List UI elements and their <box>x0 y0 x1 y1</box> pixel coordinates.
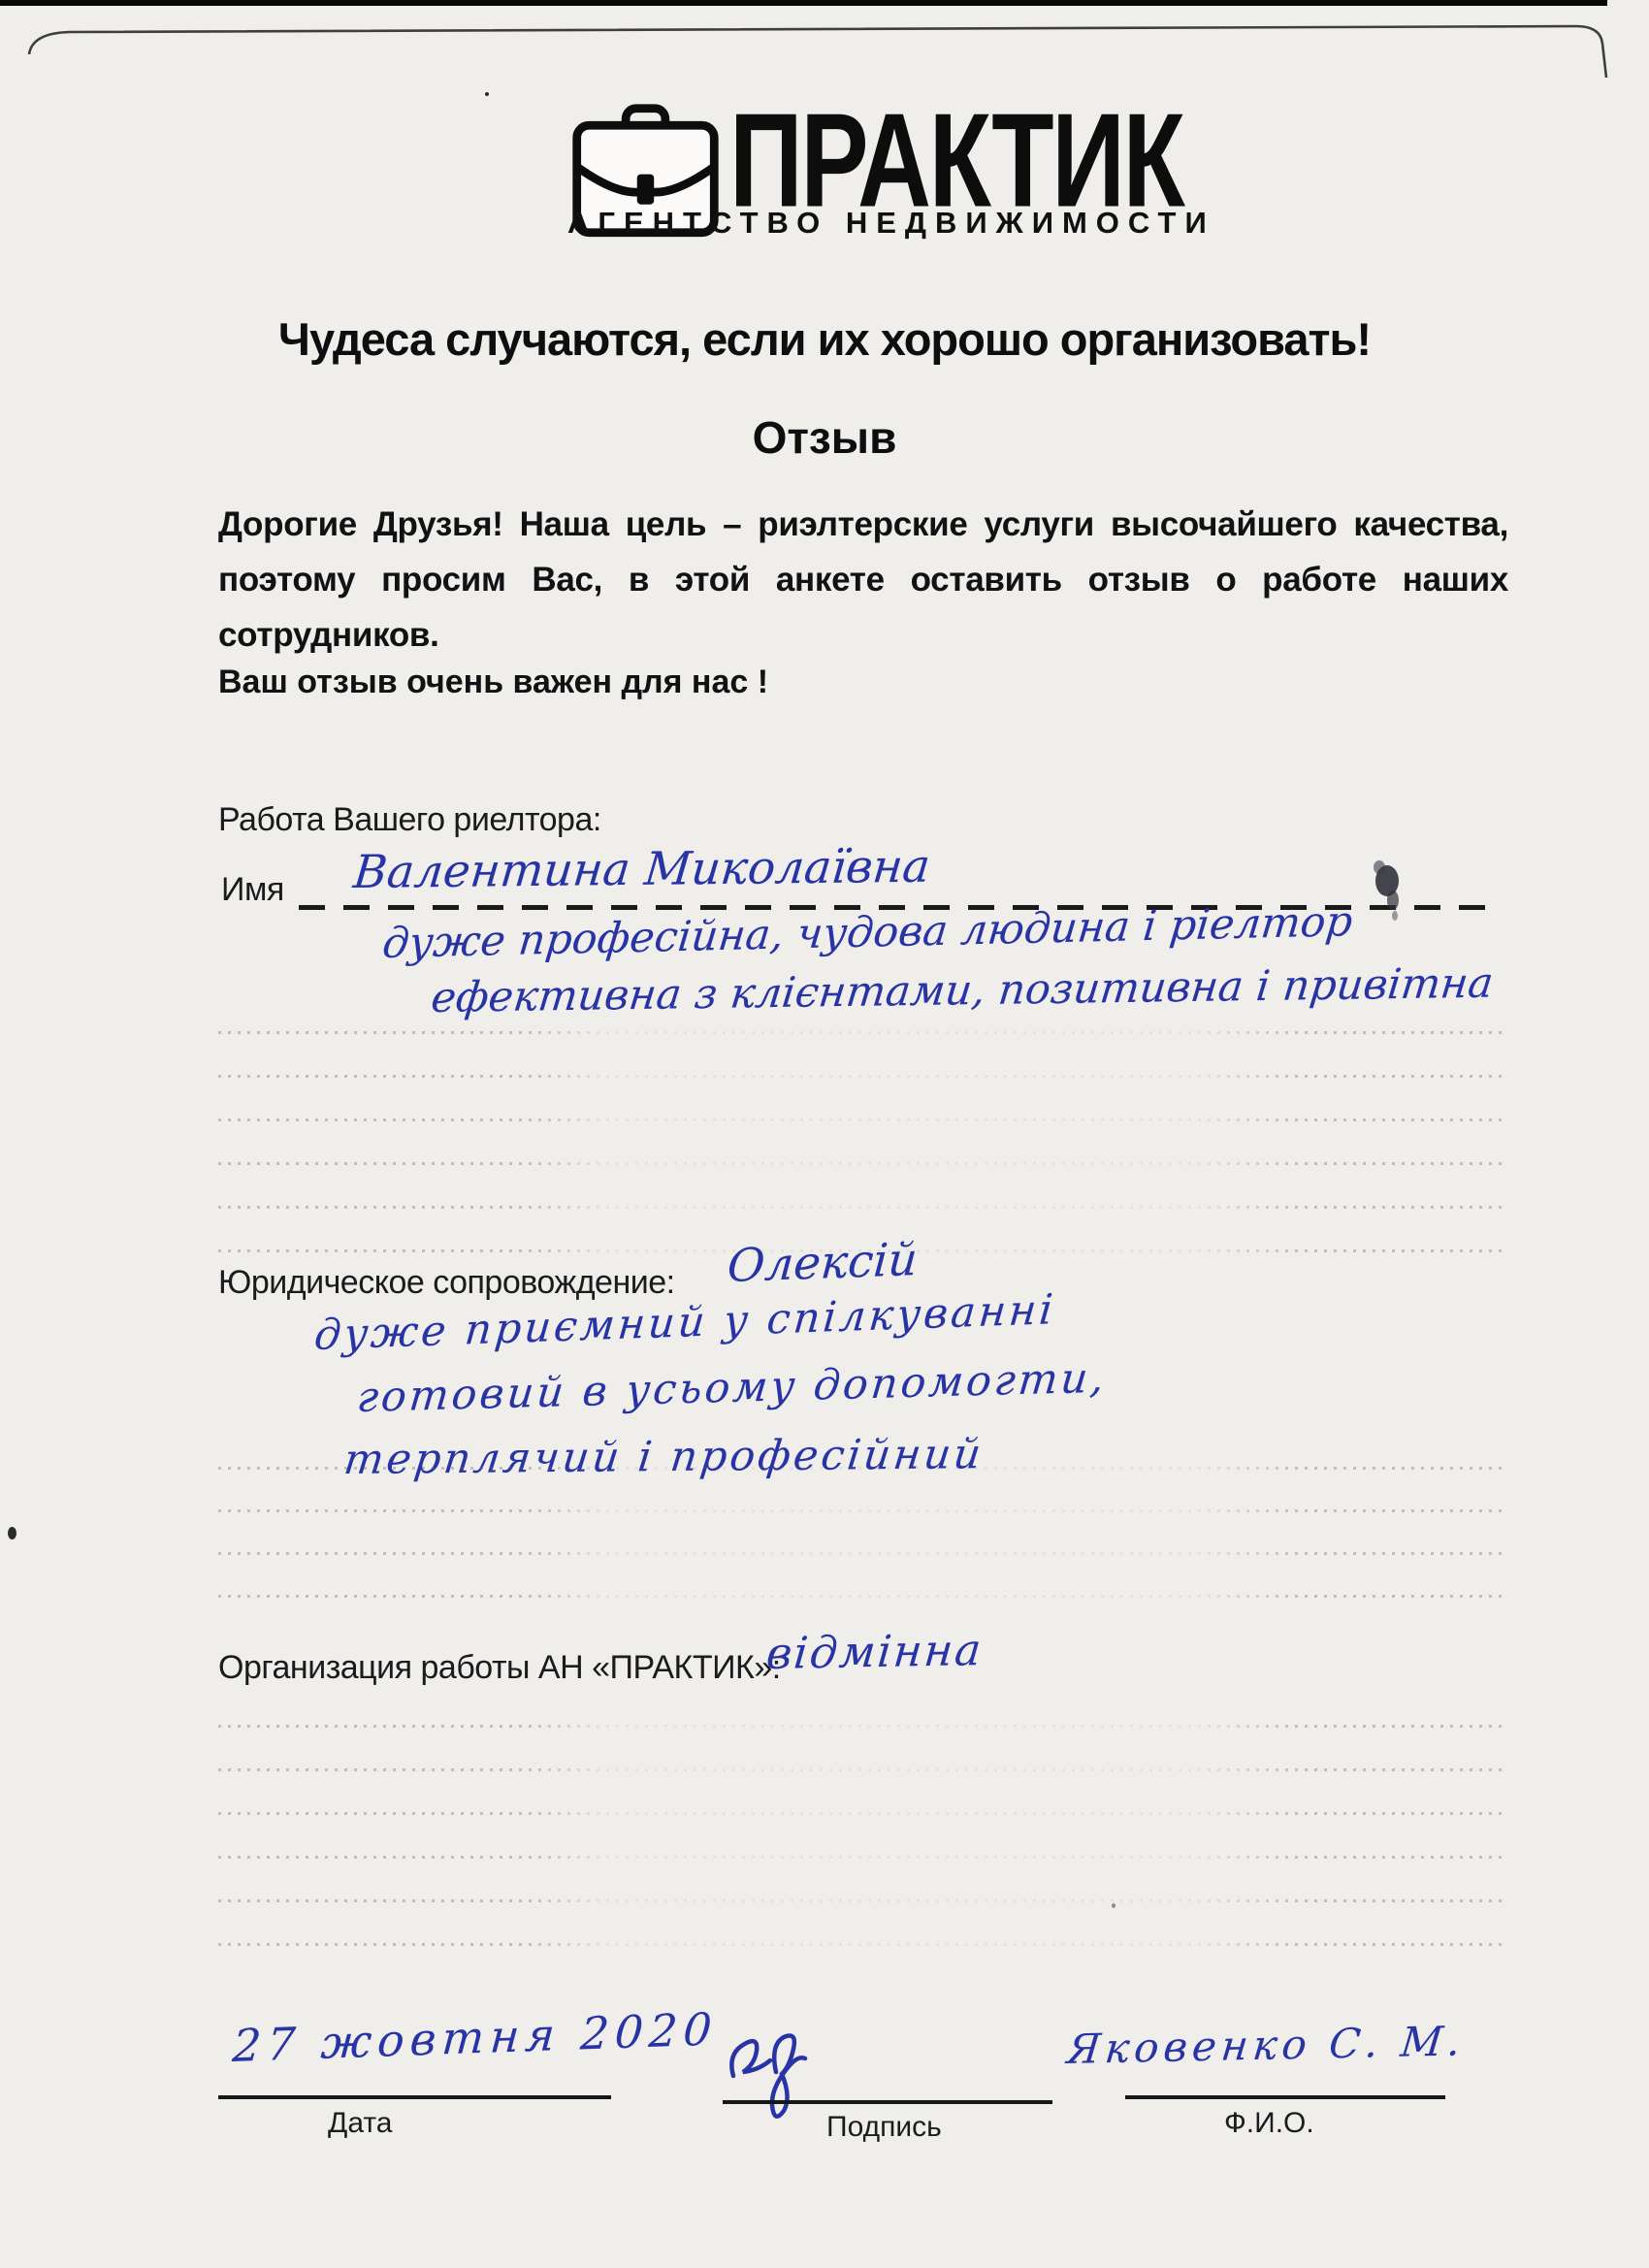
faint-ruled-line <box>218 1118 1508 1121</box>
organization-value: відмінна <box>764 1624 986 1679</box>
importance-note: Ваш отзыв очень важен для нас ! <box>218 664 768 701</box>
form-title: Отзыв <box>0 411 1649 464</box>
legal-section-label: Юридическое сопровождение: <box>218 1264 675 1302</box>
faint-ruled-line <box>218 1467 1508 1470</box>
brand-subtitle: АГЕНТСТВО НЕДВИЖИМОСТИ <box>567 206 1208 241</box>
fio-line <box>1125 2095 1445 2099</box>
name-field-label: Имя <box>221 871 284 909</box>
scan-speck <box>1112 1903 1115 1908</box>
faint-ruled-line <box>218 1812 1508 1815</box>
scanned-feedback-form: ПРАКТИК АГЕНТСТВО НЕДВИЖИМОСТИ Чудеса сл… <box>0 0 1649 2268</box>
organization-section-label: Организация работы АН «ПРАКТИК»: <box>218 1649 781 1687</box>
date-label: Дата <box>328 2107 392 2140</box>
realtor-comment-line: ефективна з клієнтами, позитивна і приві… <box>429 959 1496 1022</box>
name-field-value: Валентина Миколаївна <box>351 840 932 899</box>
fio-value: Яковенко С. М. <box>1065 2017 1468 2073</box>
legal-comment-line: терплячий і професійний <box>341 1430 986 1484</box>
scan-speck <box>485 92 489 96</box>
faint-ruled-line <box>218 1552 1508 1555</box>
faint-ruled-line <box>218 1595 1508 1598</box>
realtor-section-label: Работа Вашего риелтора: <box>218 801 601 839</box>
faint-ruled-line <box>218 1856 1508 1859</box>
legal-value: Олексій <box>726 1233 920 1293</box>
paper-edge-line <box>0 0 1649 97</box>
legal-comment-line: готовий в усьому допомогти, <box>355 1354 1109 1422</box>
scan-speck <box>8 1527 16 1539</box>
intro-paragraph: Дорогие Друзья! Наша цель – риэлтерские … <box>218 497 1508 663</box>
faint-ruled-line <box>218 1943 1508 1946</box>
faint-ruled-line <box>218 1768 1508 1771</box>
fio-label: Ф.И.О. <box>1224 2107 1314 2140</box>
faint-ruled-line <box>218 1725 1508 1728</box>
faint-ruled-line <box>218 1075 1508 1078</box>
slogan: Чудеса случаются, если их хорошо организ… <box>0 312 1649 366</box>
faint-ruled-line <box>218 1899 1508 1902</box>
faint-ruled-line <box>218 1509 1508 1512</box>
date-line <box>218 2095 611 2099</box>
faint-ruled-line <box>218 1162 1508 1165</box>
signature-label: Подпись <box>826 2111 942 2144</box>
faint-ruled-line <box>218 1031 1508 1034</box>
date-value: 27 жовтня 2020 <box>231 2002 719 2072</box>
signature-line <box>723 2100 1052 2104</box>
ink-blot <box>1366 850 1412 923</box>
faint-ruled-line <box>218 1206 1508 1209</box>
